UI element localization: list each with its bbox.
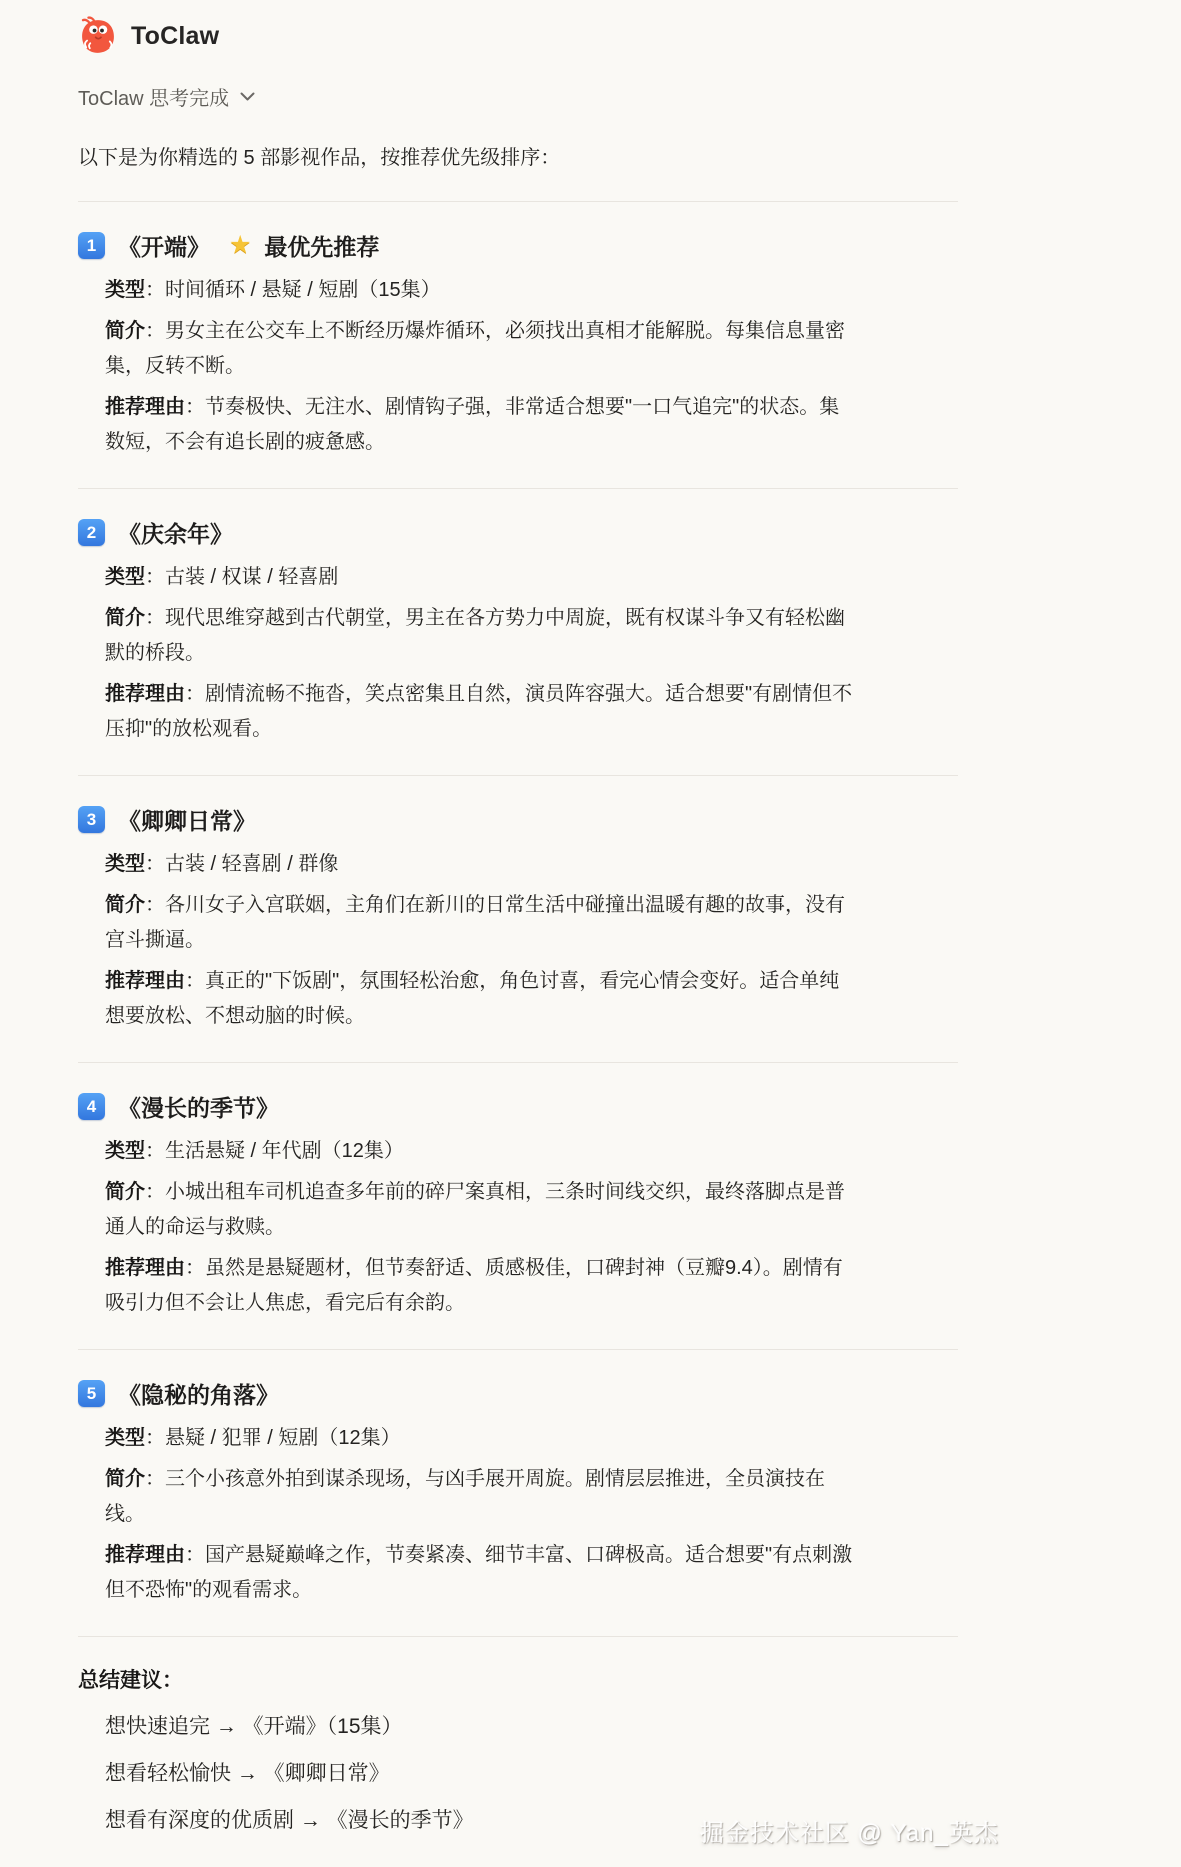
item-title: 《隐秘的角落》 [118,1377,279,1410]
rank-badge: 2 [78,519,105,546]
divider [78,201,958,202]
divider [78,775,958,776]
divider [78,1636,958,1637]
thinking-status-toggle[interactable]: ToClaw 思考完成 [78,82,255,111]
divider [78,1349,958,1350]
app-name: ToClaw [131,22,219,51]
rank-badge: 1 [78,232,105,259]
item-type: 类型：悬疑 / 犯罪 / 短剧（12集） [105,1421,857,1456]
summary-title: 总结建议： [78,1664,960,1694]
item-synopsis: 简介：小城出租车司机追查多年前的碎尸案真相，三条时间线交织，最终落脚点是普通人的… [105,1175,857,1245]
item-synopsis: 简介：各川女子入宫联姻，主角们在新川的日常生活中碰撞出温暖有趣的故事，没有宫斗撕… [105,888,857,958]
app-header: ToClaw [78,14,960,58]
item-synopsis: 简介：三个小孩意外拍到谋杀现场，与凶手展开周旋。剧情层层推进，全员演技在线。 [105,1462,857,1532]
intro-text: 以下是为你精选的 5 部影视作品，按推荐优先级排序： [78,143,960,173]
divider [78,1062,958,1063]
summary-line: 想看轻松愉快 → 《卿卿日常》 [105,1755,865,1792]
chevron-down-icon[interactable] [240,89,255,107]
item-synopsis: 简介：现代思维穿越到古代朝堂，男主在各方势力中周旋，既有权谋斗争又有轻松幽默的桥… [105,601,857,671]
star-icon: ★ [229,233,251,258]
recommendation-item-1: 1 《开端》 ★ 最优先推荐 类型：时间循环 / 悬疑 / 短剧（15集） 简介… [78,229,960,460]
item-title: 《漫长的季节》 [118,1090,279,1123]
item-reason: 推荐理由：真正的"下饭剧"，氛围轻松治愈，角色讨喜，看完心情会变好。适合单纯想要… [105,964,857,1034]
item-title: 《庆余年》 [118,516,233,549]
item-reason: 推荐理由：节奏极快、无注水、剧情钩子强，非常适合想要"一口气追完"的状态。集数短… [105,390,857,460]
rank-badge: 4 [78,1093,105,1120]
recommendation-item-5: 5 《隐秘的角落》 类型：悬疑 / 犯罪 / 短剧（12集） 简介：三个小孩意外… [78,1377,960,1608]
recommendation-item-3: 3 《卿卿日常》 类型：古装 / 轻喜剧 / 群像 简介：各川女子入宫联姻，主角… [78,803,960,1034]
recommendation-item-2: 2 《庆余年》 类型：古装 / 权谋 / 轻喜剧 简介：现代思维穿越到古代朝堂，… [78,516,960,747]
thinking-status-label: ToClaw 思考完成 [78,82,229,111]
recommendation-item-4: 4 《漫长的季节》 类型：生活悬疑 / 年代剧（12集） 简介：小城出租车司机追… [78,1090,960,1321]
item-title: 《开端》 [118,229,210,262]
item-title: 《卿卿日常》 [118,803,256,836]
item-reason: 推荐理由：剧情流畅不拖沓，笑点密集且自然，演员阵容强大。适合想要"有剧情但不压抑… [105,677,857,747]
item-synopsis: 简介：男女主在公交车上不断经历爆炸循环，必须找出真相才能解脱。每集信息量密集，反… [105,314,857,384]
item-type: 类型：古装 / 轻喜剧 / 群像 [105,847,857,882]
item-type: 类型：时间循环 / 悬疑 / 短剧（15集） [105,273,857,308]
item-type: 类型：生活悬疑 / 年代剧（12集） [105,1134,857,1169]
top-pick-label: 最优先推荐 [264,229,379,262]
rank-badge: 3 [78,806,105,833]
divider [78,488,958,489]
item-reason: 推荐理由：虽然是悬疑题材，但节奏舒适、质感极佳，口碑封神（豆瓣9.4）。剧情有吸… [105,1251,857,1321]
summary-line: 想快速追完 → 《开端》（15集） [105,1708,865,1745]
toclaw-logo-icon [78,16,118,56]
chat-response: ToClaw ToClaw 思考完成 以下是为你精选的 5 部影视作品，按推荐优… [0,0,960,1839]
rank-badge: 5 [78,1380,105,1407]
item-type: 类型：古装 / 权谋 / 轻喜剧 [105,560,857,595]
item-reason: 推荐理由：国产悬疑巅峰之作，节奏紧凑、细节丰富、口碑极高。适合想要"有点刺激但不… [105,1538,857,1608]
watermark: 掘金技术社区 @ Yan_英杰 [700,1813,999,1848]
